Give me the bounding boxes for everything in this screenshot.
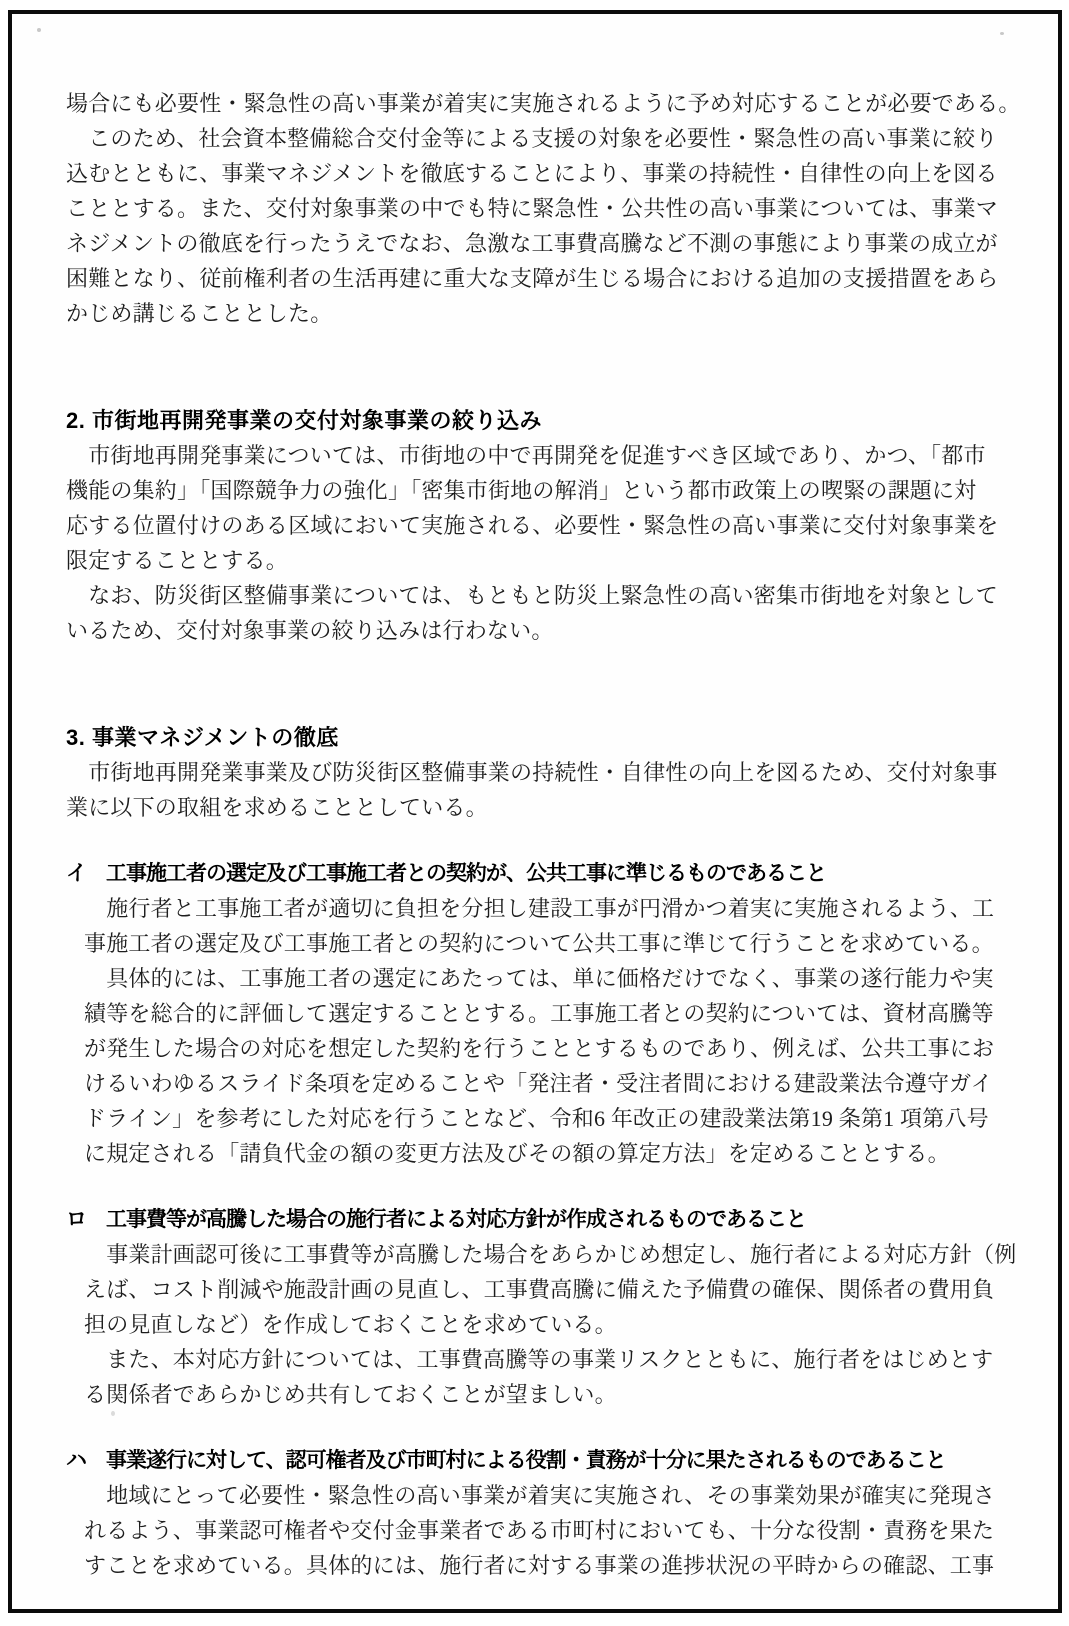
item-i-paragraph-2-line: 績等を総合的に評価して選定することとする。工事施工者との契約については、資材高騰… bbox=[84, 996, 1006, 1031]
section-2-paragraph-2-line: なお、防災街区整備事業については、もともと防災上緊急性の高い密集市街地を対象とし… bbox=[66, 578, 1006, 613]
section-3-heading: 3. 事業マネジメントの徹底 bbox=[66, 720, 1006, 755]
item-ha-paragraph-line: れるよう、事業認可権者や交付金事業者である市町村においても、十分な役割・責務を果… bbox=[84, 1513, 1006, 1548]
item-ro-paragraph-1-line: えば、コスト削減や施設計画の見直し、工事費高騰に備えた予備費の確保、関係者の費用… bbox=[84, 1272, 1006, 1307]
section-3-paragraph-line: 市街地再開発業事業及び防災街区整備事業の持続性・自律性の向上を図るため、交付対象… bbox=[66, 755, 1006, 790]
intro-paragraph-line: かじめ講じることとした。 bbox=[66, 296, 1006, 331]
section-2-heading: 2. 市街地再開発事業の交付対象事業の絞り込み bbox=[66, 403, 1006, 438]
item-ha-paragraph-line: 地域にとって必要性・緊急性の高い事業が着実に実施され、その事業効果が確実に発現さ bbox=[84, 1478, 1006, 1513]
item-ha-heading: ハ 事業遂行に対して、認可権者及び市町村による役割・責務が十分に果たされるもので… bbox=[66, 1443, 1006, 1478]
item-i-paragraph-2-line: けるいわゆるスライド条項を定めることや「発注者・受注者間における建設業法令遵守ガ… bbox=[84, 1066, 1006, 1101]
section-3-paragraph-line: 業に以下の取組を求めることとしている。 bbox=[66, 790, 1006, 825]
item-i-paragraph-1-line: 事施工者の選定及び工事施工者との契約について公共工事に準じて行うことを求めている… bbox=[84, 926, 1006, 961]
section-2-paragraph-2-line: いるため、交付対象事業の絞り込みは行わない。 bbox=[66, 613, 1006, 648]
document-body: 場合にも必要性・緊急性の高い事業が着実に実施されるように予め対応することが必要で… bbox=[66, 86, 1006, 1583]
intro-paragraph-line: 場合にも必要性・緊急性の高い事業が着実に実施されるように予め対応することが必要で… bbox=[66, 86, 1006, 121]
intro-paragraph-line: 困難となり、従前権利者の生活再建に重大な支障が生じる場合における追加の支援措置を… bbox=[66, 261, 1006, 296]
item-i-heading: イ 工事施工者の選定及び工事施工者との契約が、公共工事に準じるものであること bbox=[66, 856, 1006, 891]
intro-paragraph-line: ネジメントの徹底を行ったうえでなお、急激な工事費高騰など不測の事態により事業の成… bbox=[66, 226, 1006, 261]
item-ro-paragraph-1-line: 担の見直しなど）を作成しておくことを求めている。 bbox=[84, 1307, 1006, 1342]
item-ha-paragraph-line: すことを求めている。具体的には、施行者に対する事業の進捗状況の平時からの確認、工… bbox=[84, 1548, 1006, 1583]
item-ro-paragraph-1-line: 事業計画認可後に工事費等が高騰した場合をあらかじめ想定し、施行者による対応方針（… bbox=[84, 1237, 1006, 1272]
section-2-paragraph-1-line: 限定することとする。 bbox=[66, 543, 1006, 578]
item-i-paragraph-2-line: に規定される「請負代金の額の変更方法及びその額の算定方法」を定めることとする。 bbox=[84, 1136, 1006, 1171]
section-2-paragraph-1-line: 機能の集約」「国際競争力の強化」「密集市街地の解消」という都市政策上の喫緊の課題… bbox=[66, 473, 1006, 508]
item-i-paragraph-2-line: が発生した場合の対応を想定した契約を行うこととするものであり、例えば、公共工事に… bbox=[84, 1031, 1006, 1066]
scan-speck bbox=[1000, 32, 1004, 35]
item-i-paragraph-2-line: 具体的には、工事施工者の選定にあたっては、単に価格だけでなく、事業の遂行能力や実 bbox=[84, 961, 1006, 996]
intro-paragraph-line: このため、社会資本整備総合交付金等による支援の対象を必要性・緊急性の高い事業に絞… bbox=[66, 121, 1006, 156]
section-2-paragraph-1-line: 応する位置付けのある区域において実施される、必要性・緊急性の高い事業に交付対象事… bbox=[66, 508, 1006, 543]
section-2-paragraph-1-line: 市街地再開発事業については、市街地の中で再開発を促進すべき区域であり、かつ、「都… bbox=[66, 438, 1006, 473]
item-ro-heading: ロ 工事費等が高騰した場合の施行者による対応方針が作成されるものであること bbox=[66, 1202, 1006, 1237]
item-i-paragraph-1-line: 施行者と工事施工者が適切に負担を分担し建設工事が円滑かつ着実に実施されるよう、工 bbox=[84, 891, 1006, 926]
item-ro-paragraph-2-line: る関係者であらかじめ共有しておくことが望ましい。 bbox=[84, 1377, 1006, 1412]
intro-paragraph-line: 込むとともに、事業マネジメントを徹底することにより、事業の持続性・自律性の向上を… bbox=[66, 156, 1006, 191]
scan-speck bbox=[37, 28, 41, 32]
item-ro-paragraph-2-line: また、本対応方針については、工事費高騰等の事業リスクとともに、施行者をはじめとす bbox=[84, 1342, 1006, 1377]
document-page: 場合にも必要性・緊急性の高い事業が着実に実施されるように予め対応することが必要で… bbox=[0, 0, 1069, 1626]
item-i-paragraph-2-line: ドライン」を参考にした対応を行うことなど、令和6 年改正の建設業法第19 条第1… bbox=[84, 1101, 1006, 1136]
intro-paragraph-line: こととする。また、交付対象事業の中でも特に緊急性・公共性の高い事業については、事… bbox=[66, 191, 1006, 226]
